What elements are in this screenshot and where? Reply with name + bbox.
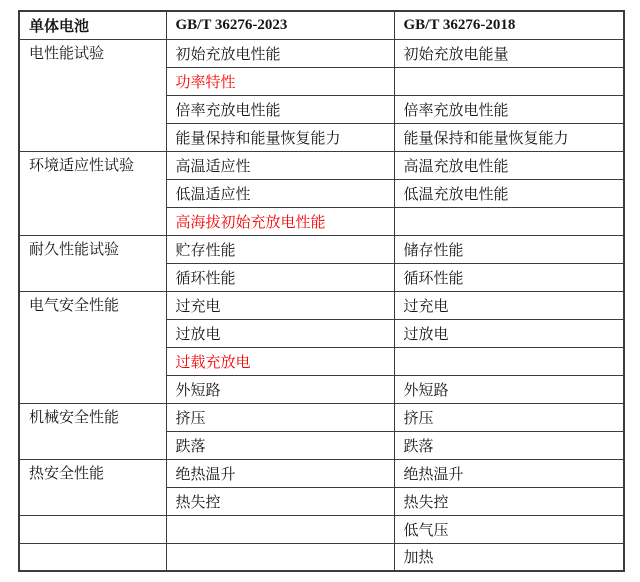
gbt2023-cell: 低温适应性	[166, 179, 394, 207]
gbt2023-cell: 过充电	[166, 291, 394, 319]
gbt2023-cell: 外短路	[166, 375, 394, 403]
gbt2018-cell: 能量保持和能量恢复能力	[394, 123, 624, 151]
gbt2018-cell: 循环性能	[394, 263, 624, 291]
gbt2023-cell: 跌落	[166, 431, 394, 459]
gbt2018-cell: 初始充放电能量	[394, 39, 624, 67]
gbt2018-cell: 过放电	[394, 319, 624, 347]
gbt2018-cell: 倍率充放电性能	[394, 95, 624, 123]
gbt2023-cell	[166, 543, 394, 571]
table-row: 电气安全性能过充电过充电	[19, 291, 624, 319]
table-row: 环境适应性试验高温适应性高温充放电性能	[19, 151, 624, 179]
gbt2023-cell: 绝热温升	[166, 459, 394, 487]
gbt2023-cell-new-item: 高海拔初始充放电性能	[166, 207, 394, 235]
category-cell: 环境适应性试验	[19, 151, 166, 235]
gbt2018-cell: 过充电	[394, 291, 624, 319]
header-row: 单体电池 GB/T 36276-2023 GB/T 36276-2018	[19, 11, 624, 39]
gbt2023-cell: 挤压	[166, 403, 394, 431]
gbt2023-cell-new-item: 功率特性	[166, 67, 394, 95]
category-cell	[19, 543, 166, 571]
category-cell: 电气安全性能	[19, 291, 166, 403]
category-cell: 电性能试验	[19, 39, 166, 151]
gbt2018-cell: 绝热温升	[394, 459, 624, 487]
gbt2018-cell: 外短路	[394, 375, 624, 403]
gbt2023-cell: 能量保持和能量恢复能力	[166, 123, 394, 151]
table-row: 加热	[19, 543, 624, 571]
gbt2023-cell: 初始充放电性能	[166, 39, 394, 67]
gbt2023-cell: 贮存性能	[166, 235, 394, 263]
gbt2018-cell	[394, 347, 624, 375]
gbt2023-cell-new-item: 过载充放电	[166, 347, 394, 375]
gbt2023-cell: 过放电	[166, 319, 394, 347]
header-cell-gbt-2018: GB/T 36276-2018	[394, 11, 624, 39]
comparison-table: 单体电池 GB/T 36276-2023 GB/T 36276-2018 电性能…	[18, 10, 625, 572]
gbt2018-cell: 低气压	[394, 515, 624, 543]
category-cell: 热安全性能	[19, 459, 166, 515]
gbt2023-cell: 循环性能	[166, 263, 394, 291]
category-cell: 耐久性能试验	[19, 235, 166, 291]
gbt2018-cell	[394, 207, 624, 235]
table-header: 单体电池 GB/T 36276-2023 GB/T 36276-2018	[19, 11, 624, 39]
table-row: 电性能试验初始充放电性能初始充放电能量	[19, 39, 624, 67]
gbt2018-cell: 高温充放电性能	[394, 151, 624, 179]
gbt2018-cell: 热失控	[394, 487, 624, 515]
table-body: 电性能试验初始充放电性能初始充放电能量功率特性倍率充放电性能倍率充放电性能能量保…	[19, 39, 624, 571]
header-cell-gbt-2023: GB/T 36276-2023	[166, 11, 394, 39]
table-row: 耐久性能试验贮存性能储存性能	[19, 235, 624, 263]
gbt2018-cell: 低温充放电性能	[394, 179, 624, 207]
gbt2023-cell	[166, 515, 394, 543]
table-row: 热安全性能绝热温升绝热温升	[19, 459, 624, 487]
gbt2018-cell: 跌落	[394, 431, 624, 459]
gbt2018-cell: 加热	[394, 543, 624, 571]
table-row: 低气压	[19, 515, 624, 543]
gbt2018-cell	[394, 67, 624, 95]
gbt2023-cell: 热失控	[166, 487, 394, 515]
header-cell-category: 单体电池	[19, 11, 166, 39]
gbt2023-cell: 倍率充放电性能	[166, 95, 394, 123]
gbt2023-cell: 高温适应性	[166, 151, 394, 179]
gbt2018-cell: 挤压	[394, 403, 624, 431]
page: 单体电池 GB/T 36276-2023 GB/T 36276-2018 电性能…	[0, 0, 640, 582]
table-row: 机械安全性能挤压挤压	[19, 403, 624, 431]
category-cell: 机械安全性能	[19, 403, 166, 459]
category-cell	[19, 515, 166, 543]
gbt2018-cell: 储存性能	[394, 235, 624, 263]
